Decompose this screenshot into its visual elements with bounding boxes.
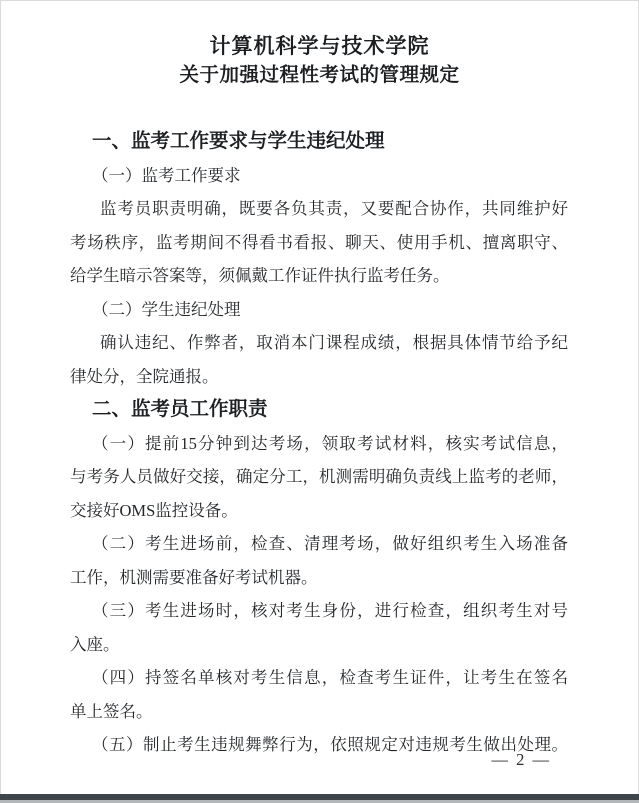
doc-line: 与考务人员做好交接，确定分工，机测需明确负责线上监考的老师，: [70, 460, 568, 494]
doc-line: 监考员职责明确，既要各负其责，又要配合协作，共同维护好: [70, 192, 568, 226]
doc-line: （二）考生进场前，检查、清理考场，做好组织考生入场准备: [70, 527, 568, 561]
section-1-heading: 一、监考工作要求与学生违纪处理: [70, 125, 568, 159]
document-title-line-2: 关于加强过程性考试的管理规定: [0, 59, 639, 87]
doc-line: （三）考生进场时，核对考生身份，进行检查，组织考生对号: [70, 594, 568, 628]
doc-line: 给学生暗示答案等，须佩戴工作证件执行监考任务。: [70, 259, 568, 293]
doc-line: （一）提前15分钟到达考场，领取考试材料，核实考试信息，: [70, 427, 568, 461]
doc-line: 交接好OMS监控设备。: [70, 494, 568, 528]
page-number: — 2 —: [492, 750, 552, 770]
doc-line: 入座。: [70, 628, 568, 662]
section-2-heading: 二、监考员工作职责: [70, 393, 568, 427]
doc-line: 确认违纪、作弊者，取消本门课程成绩，根据具体情节给予纪: [70, 326, 568, 360]
document-body: 一、监考工作要求与学生违纪处理 （一）监考工作要求 监考员职责明确，既要各负其责…: [70, 125, 568, 762]
doc-line: （四）持签名单核对考生信息，检查考生证件，让考生在签名: [70, 661, 568, 695]
doc-line: 工作，机测需要准备好考试机器。: [70, 561, 568, 595]
subheading-1-2: （二）学生违纪处理: [70, 293, 568, 327]
document-title-line-1: 计算机科学与技术学院: [0, 30, 639, 60]
doc-line: 律处分，全院通报。: [70, 360, 568, 394]
doc-line: 考场秩序，监考期间不得看书看报、聊天、使用手机、擅离职守、: [70, 226, 568, 260]
doc-line: 单上签名。: [70, 695, 568, 729]
subheading-1-1: （一）监考工作要求: [70, 159, 568, 193]
